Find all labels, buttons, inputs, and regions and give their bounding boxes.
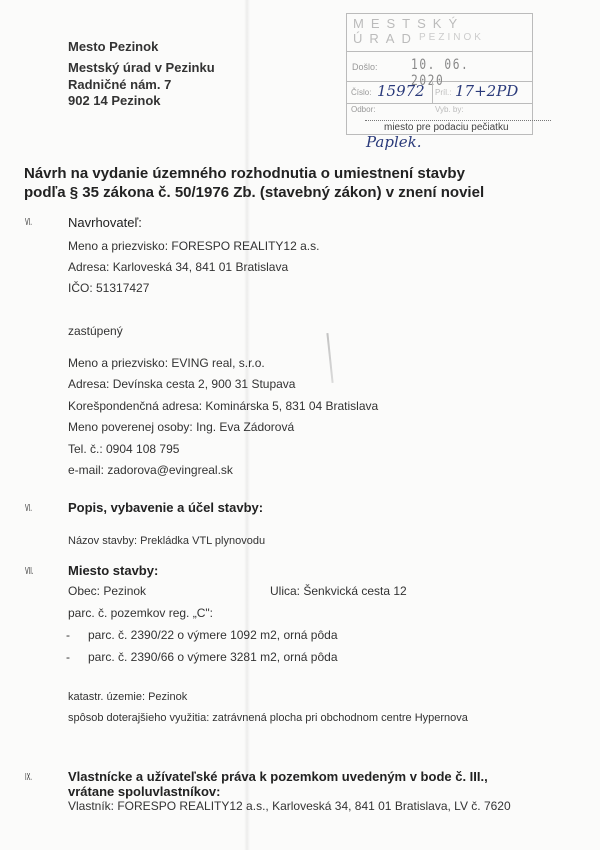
section-heading-location: Miesto stavby: xyxy=(68,563,158,578)
stamp-department-row: Odbor: Vyb. by: xyxy=(347,103,532,117)
stamp-number-row: Číslo: 15972 Príl.: 17+2PD xyxy=(347,81,532,104)
representative-correspondence-address: Korešpondenčná adresa: Kominárska 5, 831… xyxy=(68,399,378,413)
building-name: Názov stavby: Prekládka VTL plynovodu xyxy=(68,535,265,547)
parcel-bullet: - xyxy=(66,628,70,642)
current-use: spôsob doterajšieho využitia: zatrávnená… xyxy=(68,712,468,724)
document-title-line1: Návrh na vydanie územného rozhodnutia o … xyxy=(24,164,465,183)
representative-email: e-mail: zadorova@evingreal.sk xyxy=(68,463,233,477)
stamp-received-row: Došlo: 10. 06. 2020 xyxy=(347,51,532,82)
stamp-office-city: PEZINOK xyxy=(419,32,484,43)
stamp-divider xyxy=(432,81,433,103)
applicant-address: Adresa: Karloveská 34, 841 01 Bratislava xyxy=(68,260,288,274)
representative-address: Adresa: Devínska cesta 2, 900 31 Stupava xyxy=(68,377,295,391)
section-numeral-location: VII. xyxy=(25,566,34,577)
registry-stamp: MESTSKÝ ÚRAD PEZINOK Došlo: 10. 06. 2020… xyxy=(346,13,533,135)
stamp-department-label: Odbor: xyxy=(351,105,375,114)
pen-mark xyxy=(326,333,333,383)
section-numeral-ownership: IX. xyxy=(25,772,32,783)
parcel-item: parc. č. 2390/22 o výmere 1092 m2, orná … xyxy=(88,628,338,642)
stamp-number-value: 15972 xyxy=(377,82,425,100)
section-numeral-applicant: VI. xyxy=(25,217,32,228)
stamp-received-label: Došlo: xyxy=(352,62,378,72)
section-numeral-description: VI. xyxy=(25,503,32,514)
applicant-ico: IČO: 51317427 xyxy=(68,281,149,295)
representative-phone: Tel. č.: 0904 108 795 xyxy=(68,442,179,456)
stamp-dotted-line xyxy=(365,120,551,121)
parcels-label: parc. č. pozemkov reg. „C": xyxy=(68,606,213,620)
parcel-item: parc. č. 2390/66 o výmere 3281 m2, orná … xyxy=(88,650,338,664)
stamp-caption: miesto pre podaciu pečiatku xyxy=(384,122,509,133)
representative-person: Meno poverenej osoby: Ing. Eva Zádorová xyxy=(68,420,294,434)
stamp-header: MESTSKÝ ÚRAD PEZINOK xyxy=(347,14,532,52)
stamp-number-label: Číslo: xyxy=(351,88,371,97)
recipient-office: Mestský úrad v Pezinku xyxy=(68,60,215,75)
section-heading-applicant: Navrhovateľ: xyxy=(68,215,142,230)
applicant-name: Meno a priezvisko: FORESPO REALITY12 a.s… xyxy=(68,239,319,253)
recipient-street: Radničné nám. 7 xyxy=(68,77,171,92)
recipient-city: 902 14 Pezinok xyxy=(68,93,161,108)
municipality: Obec: Pezinok xyxy=(68,584,146,598)
stamp-handler-label: Vyb. by: xyxy=(435,105,464,114)
owner: Vlastník: FORESPO REALITY12 a.s., Karlov… xyxy=(68,799,511,813)
recipient-name: Mesto Pezinok xyxy=(68,39,158,54)
street: Ulica: Šenkvická cesta 12 xyxy=(270,584,407,598)
parcel-bullet: - xyxy=(66,650,70,664)
stamp-attachments-label: Príl.: xyxy=(435,88,451,97)
document-title-line2: podľa § 35 zákona č. 50/1976 Zb. (staveb… xyxy=(24,183,484,202)
section-heading-ownership-line1: Vlastnícke a užívateľské práva k pozemko… xyxy=(68,769,488,784)
document-page: Mesto Pezinok Mestský úrad v Pezinku Rad… xyxy=(0,0,600,850)
cadastral-area: katastr. územie: Pezinok xyxy=(68,691,187,703)
stamp-attachments-value: 17+2PD xyxy=(455,82,518,100)
section-heading-description: Popis, vybavenie a účel stavby: xyxy=(68,500,263,515)
section-heading-ownership-line2: vrátane spoluvlastníkov: xyxy=(68,784,220,799)
representative-name: Meno a priezvisko: EVING real, s.r.o. xyxy=(68,356,265,370)
represented-label: zastúpený xyxy=(68,324,123,338)
handwritten-signature: Paplek. xyxy=(366,133,422,151)
